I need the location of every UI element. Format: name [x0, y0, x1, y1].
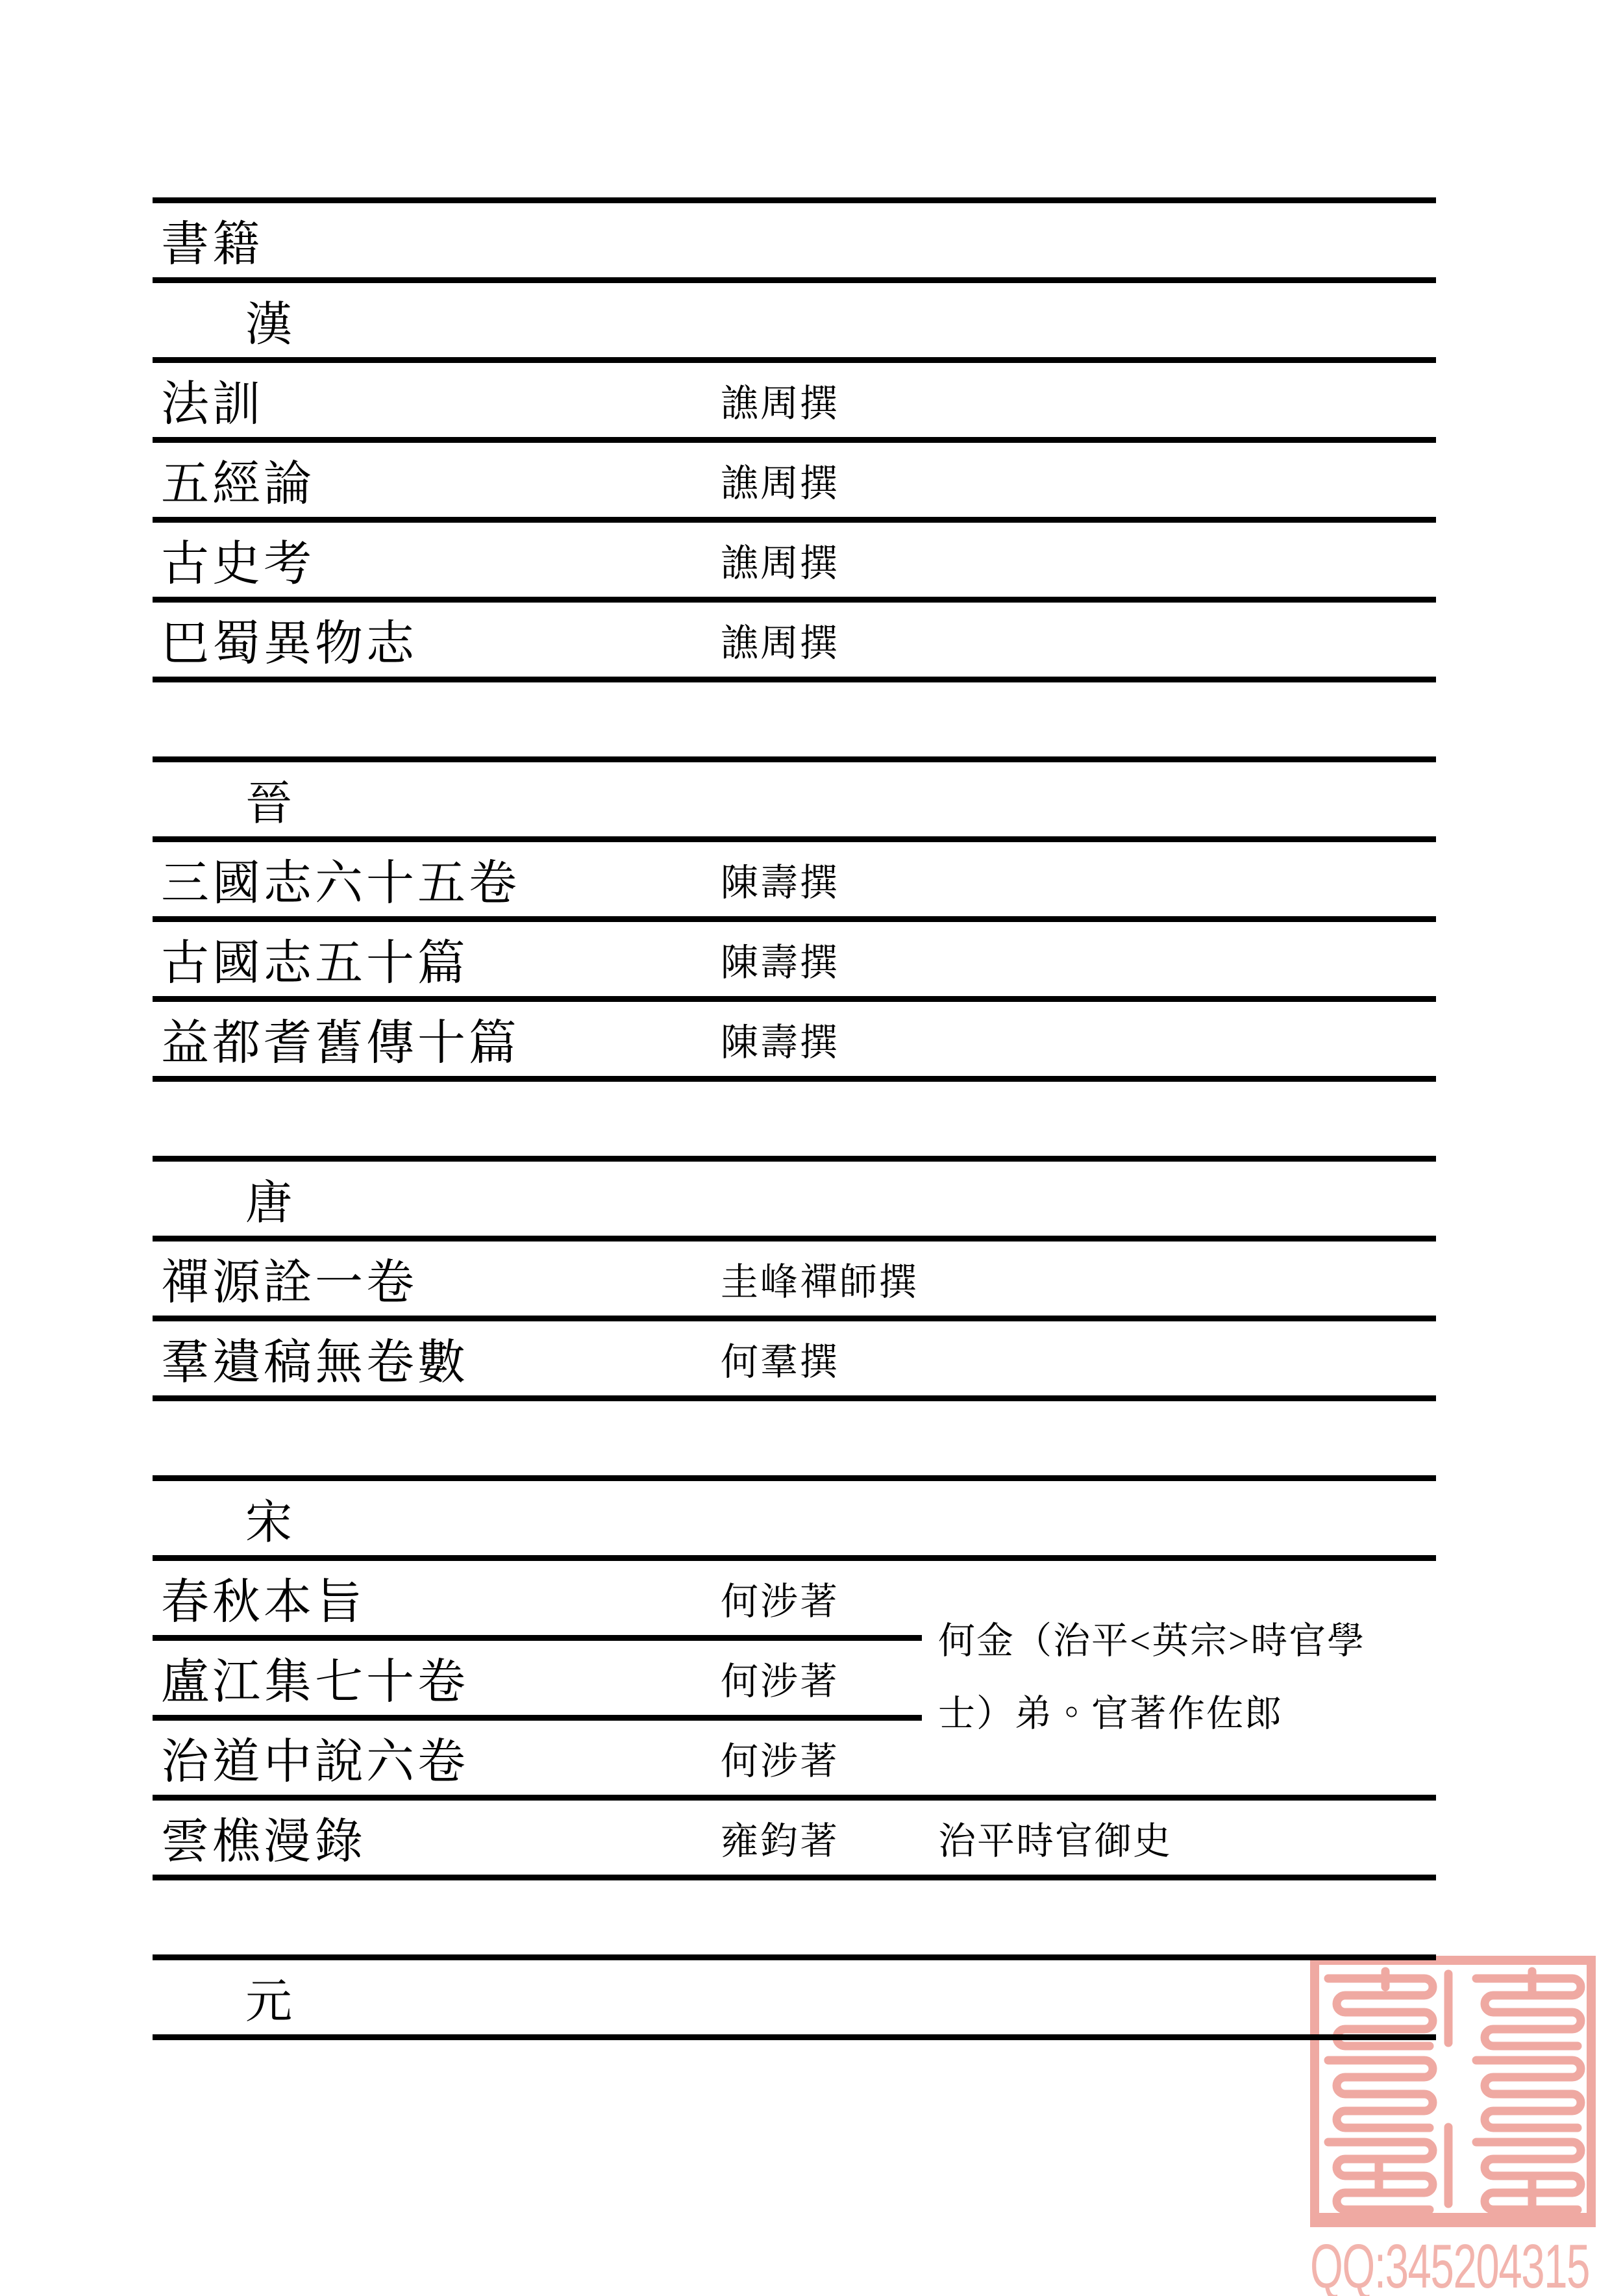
table-row: 巴蜀異物志譙周撰	[153, 599, 1436, 679]
book-author: 何涉著	[721, 1717, 839, 1797]
book-title: 法訓	[161, 360, 264, 440]
book-author: 譙周撰	[721, 360, 839, 440]
table-row	[153, 1398, 1436, 1478]
book-author: 譙周撰	[721, 519, 839, 599]
book-author: 陳壽撰	[721, 999, 839, 1079]
book-title: 禪源詮一卷	[161, 1238, 417, 1318]
book-title: 三國志六十五卷	[161, 839, 520, 919]
annotation-line-1: 何金（治平<英宗>時官學	[938, 1605, 1365, 1678]
book-author: 陳壽撰	[721, 919, 839, 999]
book-title: 治道中說六卷	[161, 1717, 469, 1797]
table-row: 宋	[153, 1478, 1436, 1558]
table-row: 羣遺稿無卷數何羣撰	[153, 1318, 1436, 1398]
table-row: 三國志六十五卷陳壽撰	[153, 839, 1436, 919]
book-title: 雲樵漫錄	[161, 1797, 366, 1877]
table-row: 禪源詮一卷圭峰禪師撰	[153, 1238, 1436, 1318]
table-row: 益都耆舊傳十篇陳壽撰	[153, 999, 1436, 1079]
book-author: 何涉著	[721, 1558, 839, 1638]
book-author: 圭峰禪師撰	[721, 1238, 919, 1318]
book-author: 何涉著	[721, 1638, 839, 1717]
table-row	[153, 679, 1436, 759]
book-title: 春秋本旨	[161, 1558, 366, 1638]
table-row: 元	[153, 1957, 1436, 2037]
book-title: 五經論	[161, 440, 315, 519]
book-author: 何羣撰	[721, 1318, 839, 1398]
book-author: 譙周撰	[721, 440, 839, 519]
book-author: 譙周撰	[721, 599, 839, 679]
table-row: 五經論譙周撰	[153, 440, 1436, 519]
book-title: 古史考	[161, 519, 315, 599]
table-row: 唐	[153, 1158, 1436, 1238]
book-author: 雍鈞著	[721, 1797, 839, 1877]
table-row	[153, 1877, 1436, 1957]
dynasty-header: 漢	[245, 280, 295, 360]
table-title: 書籍	[161, 200, 264, 280]
book-title: 巴蜀異物志	[161, 599, 417, 679]
table-row	[153, 1079, 1436, 1158]
book-title: 古國志五十篇	[161, 919, 469, 999]
book-author: 陳壽撰	[721, 839, 839, 919]
dynasty-header: 元	[245, 1957, 295, 2037]
table-row: 古史考譙周撰	[153, 519, 1436, 599]
dynasty-header: 宋	[245, 1478, 295, 1558]
table-row: 雲樵漫錄雍鈞著治平時官御史	[153, 1797, 1436, 1877]
table-row: 法訓譙周撰	[153, 360, 1436, 440]
dynasty-header: 唐	[245, 1158, 295, 1238]
table-row: 書籍	[153, 200, 1436, 280]
annotation-text: 何金（治平<英宗>時官學 士）弟。官著作佐郎	[938, 1605, 1365, 1751]
merged-annotation-cell: 何金（治平<英宗>時官學 士）弟。官著作佐郎	[938, 1558, 1438, 1797]
book-title: 益都耆舊傳十篇	[161, 999, 520, 1079]
book-title: 盧江集七十卷	[161, 1638, 469, 1717]
book-title: 羣遺稿無卷數	[161, 1318, 469, 1398]
page: 書籍漢法訓譙周撰五經論譙周撰古史考譙周撰巴蜀異物志譙周撰晉三國志六十五卷陳壽撰古…	[0, 0, 1623, 2296]
book-note: 治平時官御史	[938, 1797, 1172, 1877]
annotation-line-2: 士）弟。官著作佐郎	[938, 1678, 1365, 1751]
qq-watermark: QQ:345204315	[1310, 2231, 1504, 2296]
table-row: 古國志五十篇陳壽撰	[153, 919, 1436, 999]
table-row: 晉	[153, 759, 1436, 839]
table-row: 漢	[153, 280, 1436, 360]
dynasty-header: 晉	[245, 759, 295, 839]
